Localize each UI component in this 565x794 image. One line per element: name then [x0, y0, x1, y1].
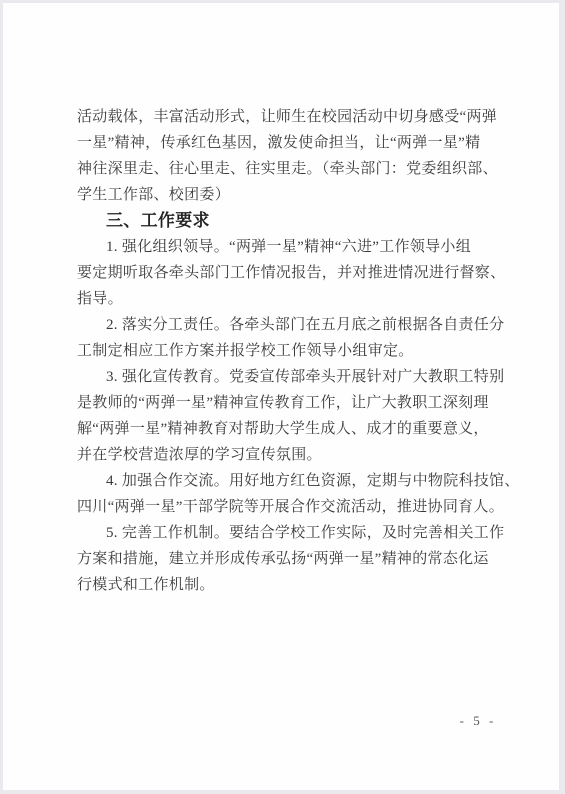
text-line: 方案和措施，建立并形成传承弘扬“两弹一星”精神的常态化运 — [77, 546, 499, 572]
scan-background: 活动载体，丰富活动形式，让师生在校园活动中切身感受“两弹 一星”精神，传承红色基… — [0, 0, 565, 794]
page-number: - 5 - — [433, 708, 523, 734]
text-line: 5. 完善工作机制。要结合学校工作实际，及时完善相关工作 — [77, 520, 499, 546]
text-line: 活动载体，丰富活动形式，让师生在校园活动中切身感受“两弹 — [77, 104, 499, 130]
text-line: 指导。 — [77, 286, 499, 312]
text-line: 工制定相应工作方案并报学校工作领导小组审定。 — [77, 338, 499, 364]
text-line: 行模式和工作机制。 — [77, 572, 499, 598]
section-heading: 三、工作要求 — [77, 208, 499, 234]
text-line: 要定期听取各牵头部门工作情况报告，并对推进情况进行督察、 — [77, 260, 499, 286]
text-line: 是教师的“两弹一星”精神宣传教育工作，让广大教职工深刻理 — [77, 390, 499, 416]
text-line: 2. 落实分工责任。各牵头部门在五月底之前根据各自责任分 — [77, 312, 499, 338]
text-line: 3. 强化宣传教育。党委宣传部牵头开展针对广大教职工特别 — [77, 364, 499, 390]
text-line: 神往深里走、往心里走、往实里走。（牵头部门：党委组织部、 — [77, 156, 499, 182]
document-page: 活动载体，丰富活动形式，让师生在校园活动中切身感受“两弹 一星”精神，传承红色基… — [3, 3, 559, 790]
text-line: 学生工作部、校团委） — [77, 182, 499, 208]
text-line: 解“两弹一星”精神教育对帮助大学生成人、成才的重要意义， — [77, 416, 499, 442]
text-line: 四川“两弹一星”干部学院等开展合作交流活动，推进协同育人。 — [77, 494, 499, 520]
text-line: 4. 加强合作交流。用好地方红色资源，定期与中物院科技馆、 — [77, 468, 499, 494]
document-text-block: 活动载体，丰富活动形式，让师生在校园活动中切身感受“两弹 一星”精神，传承红色基… — [77, 104, 499, 598]
text-line: 一星”精神，传承红色基因，激发使命担当，让“两弹一星”精 — [77, 130, 499, 156]
text-line: 并在学校营造浓厚的学习宣传氛围。 — [77, 442, 499, 468]
text-line: 1. 强化组织领导。“两弹一星”精神“六进”工作领导小组 — [77, 234, 499, 260]
